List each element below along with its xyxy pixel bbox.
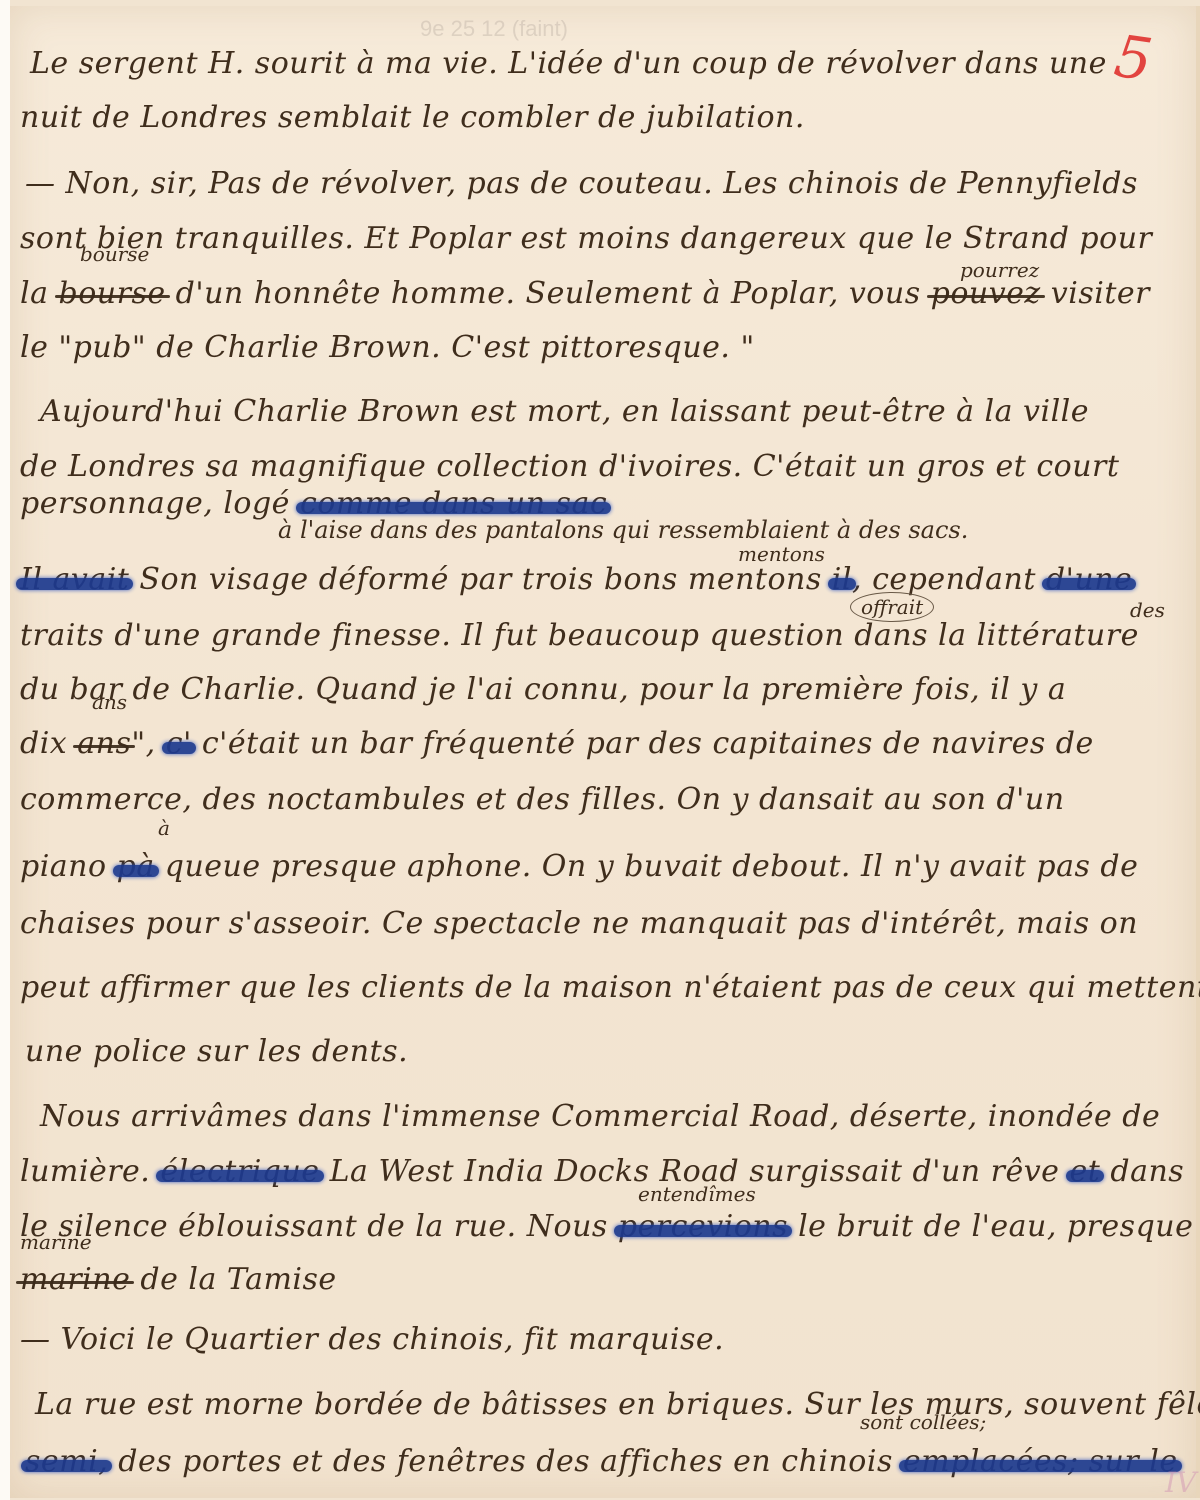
blue-strikeout: percevions: [618, 1209, 788, 1244]
line-text: Son visage déformé par trois bons: [139, 562, 677, 597]
blue-strikeout: il: [832, 562, 852, 597]
manuscript-line-25: semi, des portes et des fenêtres des aff…: [25, 1444, 1178, 1479]
line-text: la: [20, 276, 48, 311]
manuscript-line-20: lumière. électrique La West India Docks …: [20, 1154, 1184, 1189]
line-text: mentons: [688, 562, 822, 597]
blue-strikeout: d'une: [1046, 562, 1132, 597]
archive-stamp: 9e 25 12 (faint): [420, 16, 568, 42]
interlinear-correction: sont collées;: [860, 1410, 986, 1434]
manuscript-line-10: Il avait Son visage déformé par trois bo…: [20, 562, 1132, 597]
manuscript-line-23: — Voici le Quartier des chinois, fit mar…: [20, 1322, 724, 1357]
line-text: le bruit de l'eau, presque: [798, 1209, 1193, 1244]
blue-strikeout: électrique: [160, 1154, 319, 1189]
blue-strikeout: c': [166, 726, 192, 761]
line-text: lumière.: [20, 1154, 150, 1189]
corner-mark: IV: [1165, 1466, 1196, 1499]
line-text: des portes et des fenêtres des affiches …: [118, 1444, 893, 1479]
manuscript-line-6: le "pub" de Charlie Brown. C'est pittore…: [20, 330, 755, 365]
line-text: d'un honnête homme. Seulement à Poplar, …: [176, 276, 921, 311]
interlinear-correction: marine: [20, 1230, 92, 1254]
manuscript-line-15: piano pà queue presque aphone. On y buva…: [20, 849, 1138, 884]
folio-number: 5: [1110, 22, 1156, 94]
line-text: ",: [131, 726, 155, 761]
line-text: de la Tamise: [140, 1262, 336, 1297]
line-text: queue presque aphone. On y buvait debout…: [165, 849, 1139, 884]
manuscript-line-14: commerce, des noctambules et des filles.…: [20, 782, 1065, 817]
interlinear-insertion: à l'aise dans des pantalons qui ressembl…: [278, 516, 968, 544]
manuscript-line-5: la bourse d'un honnête homme. Seulement …: [20, 276, 1150, 311]
manuscript-line-24: La rue est morne bordée de bâtisses en b…: [35, 1387, 1200, 1422]
manuscript-line-11: traits d'une grande finesse. Il fut beau…: [20, 618, 1139, 653]
line-text: dix: [20, 726, 67, 761]
manuscript-page: 9e 25 12 (faint) 5 Le sergent H. sourit …: [10, 6, 1200, 1498]
line-text: personnage, logé: [20, 486, 290, 521]
line-text: piano: [20, 849, 107, 884]
struck-word: pouvez: [931, 276, 1041, 311]
manuscript-line-13: dix ans", c' c'était un bar fréquenté pa…: [20, 726, 1094, 761]
manuscript-line-17: peut affirmer que les clients de la mais…: [20, 970, 1200, 1005]
line-text: le silence éblouissant de la rue. Nous: [20, 1209, 608, 1244]
blue-strikeout: emplacées; sur le: [903, 1444, 1178, 1479]
blue-strikeout: pà: [117, 849, 155, 884]
line-text: visiter: [1051, 276, 1150, 311]
manuscript-line-2: nuit de Londres semblait le combler de j…: [20, 100, 805, 135]
manuscript-line-12: du bar de Charlie. Quand je l'ai connu, …: [20, 672, 1066, 707]
manuscript-line-18: une police sur les dents.: [25, 1034, 408, 1069]
manuscript-line-4: sont bien tranquilles. Et Poplar est moi…: [20, 221, 1152, 256]
manuscript-line-16: chaises pour s'asseoir. Ce spectacle ne …: [20, 906, 1138, 941]
manuscript-line-22: marine de la Tamise: [20, 1262, 337, 1297]
struck-word: marine: [20, 1262, 130, 1297]
blue-strikeout: semi,: [25, 1444, 108, 1479]
manuscript-line-7: Aujourd'hui Charlie Brown est mort, en l…: [40, 394, 1089, 429]
interlinear-correction: ans: [92, 690, 127, 714]
manuscript-line-3: — Non, sir, Pas de révolver, pas de cout…: [25, 166, 1138, 201]
blue-strikeout: Il avait: [20, 562, 129, 597]
struck-word: bourse: [59, 276, 166, 311]
interlinear-correction: bourse: [80, 242, 149, 266]
interlinear-correction: à: [158, 816, 170, 840]
scan-border: [0, 0, 10, 1500]
blue-strikeout: et: [1070, 1154, 1101, 1189]
line-text: dans: [1110, 1154, 1184, 1189]
manuscript-line-19: Nous arrivâmes dans l'immense Commercial…: [40, 1099, 1160, 1134]
manuscript-line-1: Le sergent H. sourit à ma vie. L'idée d'…: [30, 46, 1107, 81]
interlinear-correction: entendîmes: [638, 1182, 756, 1206]
manuscript-line-21: le silence éblouissant de la rue. Nous p…: [20, 1209, 1193, 1244]
line-text: c'était un bar fréquenté par des capitai…: [202, 726, 1094, 761]
struck-word: ans: [77, 726, 131, 761]
manuscript-line-8: de Londres sa magnifique collection d'iv…: [20, 449, 1119, 484]
